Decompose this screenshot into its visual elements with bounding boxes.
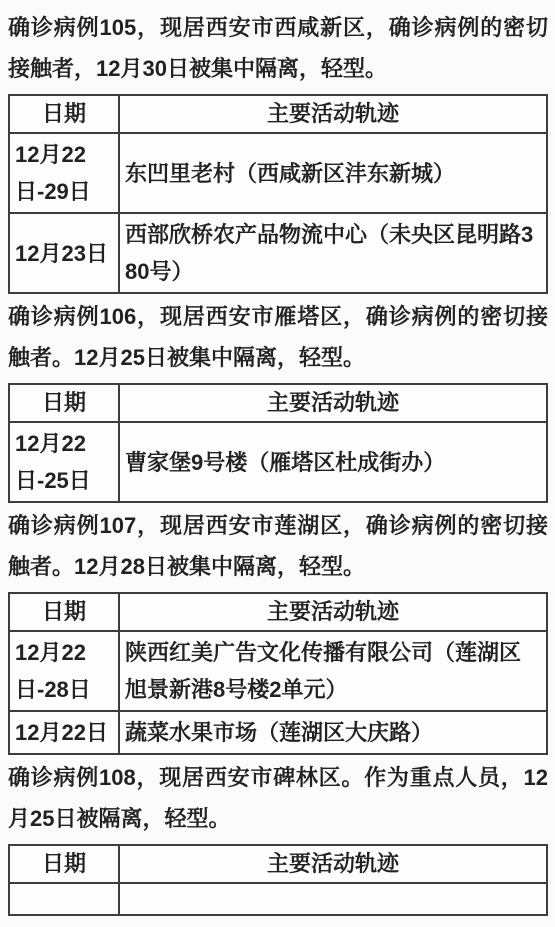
activity-cell (119, 883, 547, 915)
activity-cell: 曹家堡9号楼（雁塔区杜成街办） (119, 422, 547, 502)
activity-column-header: 主要活动轨迹 (119, 384, 547, 422)
case-intro-text: 确诊病例107，现居西安市莲湖区，确诊病例的密切接触者。12月28日被集中隔离，… (8, 505, 548, 587)
table-body: 12月22日-28日 陕西红美广告文化传播有限公司（莲湖区旭景新港8号楼2单元）… (9, 631, 547, 754)
table-header-row: 日期 主要活动轨迹 (9, 593, 547, 631)
table-header-row: 日期 主要活动轨迹 (9, 845, 547, 883)
activity-cell: 西部欣桥农产品物流中心（未央区昆明路380号） (119, 213, 547, 293)
case-intro-text: 确诊病例105，现居西安市西咸新区，确诊病例的密切接触者，12月30日被集中隔离… (8, 7, 548, 89)
case-intro-text: 确诊病例108，现居西安市碑林区。作为重点人员，12月25日被隔离，轻型。 (8, 757, 548, 839)
date-column-header: 日期 (9, 384, 119, 422)
table-row: 12月22日-29日 东凹里老村（西咸新区沣东新城） (9, 133, 547, 213)
date-cell: 12月22日-29日 (9, 133, 119, 213)
case-trajectory-document: 确诊病例105，现居西安市西咸新区，确诊病例的密切接触者，12月30日被集中隔离… (0, 0, 555, 916)
date-column-header: 日期 (9, 95, 119, 133)
table-header-row: 日期 主要活动轨迹 (9, 384, 547, 422)
case-section: 确诊病例107，现居西安市莲湖区，确诊病例的密切接触者。12月28日被集中隔离，… (8, 505, 548, 755)
sections-container: 确诊病例105，现居西安市西咸新区，确诊病例的密切接触者，12月30日被集中隔离… (8, 7, 548, 916)
table-body: 12月22日-29日 东凹里老村（西咸新区沣东新城） 12月23日 西部欣桥农产… (9, 133, 547, 293)
activity-column-header: 主要活动轨迹 (119, 95, 547, 133)
trajectory-table: 日期 主要活动轨迹 (8, 844, 548, 916)
activity-column-header: 主要活动轨迹 (119, 845, 547, 883)
trajectory-table: 日期 主要活动轨迹 12月22日-28日 陕西红美广告文化传播有限公司（莲湖区旭… (8, 592, 548, 755)
date-column-header: 日期 (9, 845, 119, 883)
activity-column-header: 主要活动轨迹 (119, 593, 547, 631)
case-section: 确诊病例108，现居西安市碑林区。作为重点人员，12月25日被隔离，轻型。 日期… (8, 757, 548, 916)
table-body: 12月22日-25日 曹家堡9号楼（雁塔区杜成街办） (9, 422, 547, 502)
table-row: 12月23日 西部欣桥农产品物流中心（未央区昆明路380号） (9, 213, 547, 293)
table-row: 12月22日-28日 陕西红美广告文化传播有限公司（莲湖区旭景新港8号楼2单元） (9, 631, 547, 711)
date-cell: 12月23日 (9, 213, 119, 293)
case-intro-text: 确诊病例106，现居西安市雁塔区，确诊病例的密切接触者。12月25日被集中隔离，… (8, 296, 548, 378)
date-column-header: 日期 (9, 593, 119, 631)
date-cell: 12月22日 (9, 711, 119, 754)
table-row (9, 883, 547, 915)
date-cell (9, 883, 119, 915)
table-row: 12月22日 蔬菜水果市场（莲湖区大庆路） (9, 711, 547, 754)
date-cell: 12月22日-25日 (9, 422, 119, 502)
activity-cell: 陕西红美广告文化传播有限公司（莲湖区旭景新港8号楼2单元） (119, 631, 547, 711)
activity-cell: 东凹里老村（西咸新区沣东新城） (119, 133, 547, 213)
table-body (9, 883, 547, 915)
table-row: 12月22日-25日 曹家堡9号楼（雁塔区杜成街办） (9, 422, 547, 502)
case-section: 确诊病例106，现居西安市雁塔区，确诊病例的密切接触者。12月25日被集中隔离，… (8, 296, 548, 503)
activity-cell: 蔬菜水果市场（莲湖区大庆路） (119, 711, 547, 754)
date-cell: 12月22日-28日 (9, 631, 119, 711)
trajectory-table: 日期 主要活动轨迹 12月22日-25日 曹家堡9号楼（雁塔区杜成街办） (8, 383, 548, 503)
table-header-row: 日期 主要活动轨迹 (9, 95, 547, 133)
trajectory-table: 日期 主要活动轨迹 12月22日-29日 东凹里老村（西咸新区沣东新城） 12月… (8, 94, 548, 294)
case-section: 确诊病例105，现居西安市西咸新区，确诊病例的密切接触者，12月30日被集中隔离… (8, 7, 548, 294)
